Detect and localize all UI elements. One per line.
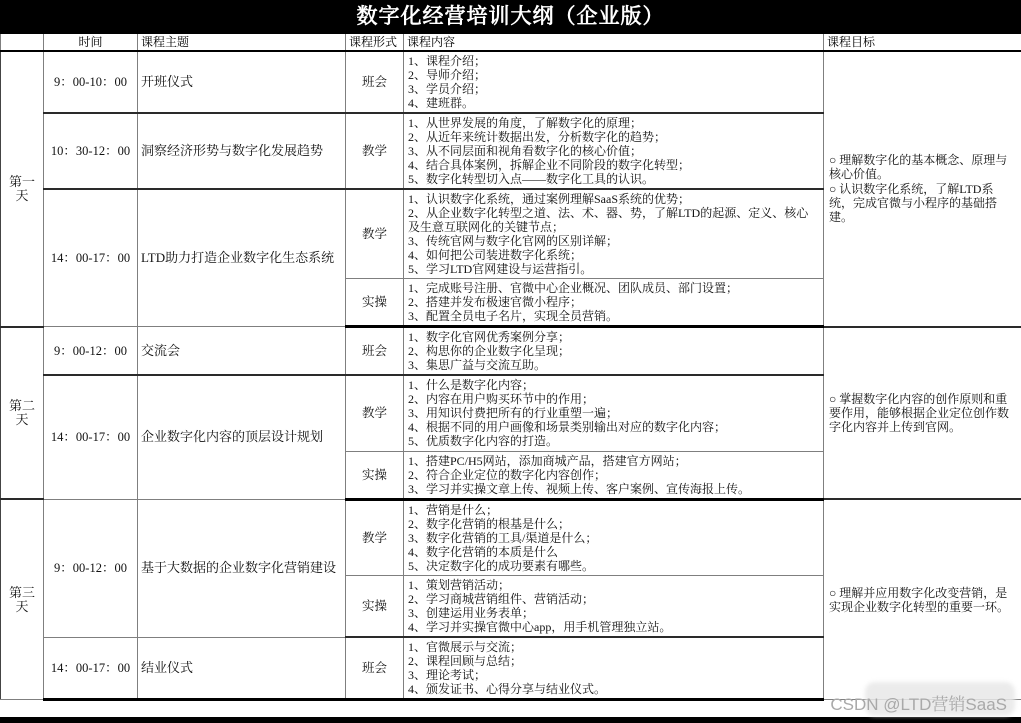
content-line: 1、课程介绍； [408, 54, 819, 68]
course-content-cell: 1、数字化官网优秀案例分享；2、构思你的企业数字化呈现；3、集思广益与交流互助。 [404, 327, 824, 376]
column-header-day [1, 33, 44, 51]
course-format-cell: 实操 [346, 279, 404, 327]
content-line: 2、内容在用户购买环节中的作用； [408, 392, 819, 406]
content-line: 3、理论考试； [408, 668, 819, 682]
course-goal-cell: ○ 理解并应用数字化改变营销，是实现企业数字化转型的重要一环。 [824, 499, 1021, 700]
training-outline-page: 数字化经营培训大纲（企业版） 时间 课程主题 课程形式 课程内容 课程目标 第一… [0, 0, 1021, 723]
goal-item: ○ 理解数字化的基本概念、原理与核心价值。 [829, 153, 1016, 181]
content-line: 1、从世界发展的角度，了解数字化的原理； [408, 116, 819, 130]
session-topic-cell: 企业数字化内容的顶层设计规划 [138, 375, 346, 499]
course-format-cell: 班会 [346, 327, 404, 376]
session-time-cell: 9：00-12：00 [44, 499, 138, 637]
course-content-cell: 1、策划营销活动；2、学习商城营销组件、营销活动；3、创建运用业务表单；4、学习… [404, 575, 824, 637]
content-line: 4、结合具体案例，拆解企业不同阶段的数字化转型； [408, 158, 819, 172]
session-topic-cell: 基于大数据的企业数字化营销建设 [138, 499, 346, 637]
content-line: 1、数字化官网优秀案例分享； [408, 330, 819, 344]
course-format-cell: 班会 [346, 51, 404, 113]
content-line: 1、营销是什么； [408, 503, 819, 517]
content-line: 3、传统官网与数字化官网的区别详解； [408, 234, 819, 248]
course-content-cell: 1、认识数字化系统，通过案例理解SaaS系统的优势；2、从企业数字化转型之道、法… [404, 189, 824, 279]
goal-item: ○ 认识数字化系统，了解LTD系统，完成官微与小程序的基础搭建。 [829, 182, 1016, 224]
content-line: 4、建班群。 [408, 96, 819, 110]
content-line: 3、创建运用业务表单； [408, 606, 819, 620]
content-line: 1、完成账号注册、官微中心企业概况、团队成员、部门设置； [408, 281, 819, 295]
watermark-text: CSDN @LTD营销SaaS [830, 695, 1007, 714]
content-line: 1、策划营销活动； [408, 578, 819, 592]
content-line: 4、学习并实操官微中心app，用手机管理独立站。 [408, 620, 819, 634]
course-goal-cell: ○ 理解数字化的基本概念、原理与核心价值。○ 认识数字化系统，了解LTD系统，完… [824, 51, 1021, 327]
course-content-cell: 1、营销是什么；2、数字化营销的根基是什么；3、数字化营销的工具/渠道是什么；4… [404, 499, 824, 575]
content-line: 5、学习LTD官网建设与运营指引。 [408, 262, 819, 276]
table-row: 第二天9：00-12：00交流会班会1、数字化官网优秀案例分享；2、构思你的企业… [1, 327, 1021, 376]
goal-item: ○ 理解并应用数字化改变营销，是实现企业数字化转型的重要一环。 [829, 586, 1016, 614]
course-content-cell: 1、搭建PC/H5网站，添加商城产品，搭建官方网站；2、符合企业定位的数字化内容… [404, 451, 824, 499]
content-line: 3、用知识付费把所有的行业重塑一遍； [408, 406, 819, 420]
course-format-cell: 班会 [346, 637, 404, 700]
content-line: 3、集思广益与交流互助。 [408, 358, 819, 372]
session-time-cell: 9：00-12：00 [44, 327, 138, 376]
content-line: 4、如何把公司装进数字化系统； [408, 248, 819, 262]
course-format-cell: 教学 [346, 375, 404, 451]
course-format-cell: 教学 [346, 499, 404, 575]
column-header-topic: 课程主题 [138, 33, 346, 51]
content-line: 1、官微展示与交流； [408, 640, 819, 654]
content-line: 2、数字化营销的根基是什么； [408, 517, 819, 531]
content-line: 2、学习商城营销组件、营销活动； [408, 592, 819, 606]
course-format-cell: 教学 [346, 113, 404, 189]
session-topic-cell: 结业仪式 [138, 637, 346, 700]
content-line: 3、学习并实操文章上传、视频上传、客户案例、宣传海报上传。 [408, 482, 819, 496]
content-line: 3、从不同层面和视角看数字化的核心价值； [408, 144, 819, 158]
day-label-cell: 第一天 [1, 51, 44, 327]
content-line: 4、颁发证书、心得分享与结业仪式。 [408, 682, 819, 696]
course-content-cell: 1、从世界发展的角度，了解数字化的原理；2、从近年来统计数据出发，分析数字化的趋… [404, 113, 824, 189]
page-title: 数字化经营培训大纲（企业版） [0, 0, 1021, 32]
content-line: 3、数字化营销的工具/渠道是什么； [408, 531, 819, 545]
curriculum-table-body: 时间 课程主题 课程形式 课程内容 课程目标 第一天9：00-10：00开班仪式… [1, 33, 1021, 700]
content-line: 2、导师介绍； [408, 68, 819, 82]
session-topic-cell: 开班仪式 [138, 51, 346, 113]
course-content-cell: 1、完成账号注册、官微中心企业概况、团队成员、部门设置；2、搭建并发布极速官微小… [404, 279, 824, 327]
content-line: 4、根据不同的用户画像和场景类别输出对应的数字化内容； [408, 420, 819, 434]
content-line: 2、符合企业定位的数字化内容创作； [408, 468, 819, 482]
bottom-black-bar [0, 717, 1021, 723]
session-topic-cell: 洞察经济形势与数字化发展趋势 [138, 113, 346, 189]
course-format-cell: 实操 [346, 575, 404, 637]
course-content-cell: 1、什么是数字化内容；2、内容在用户购买环节中的作用；3、用知识付费把所有的行业… [404, 375, 824, 451]
content-line: 3、学员介绍； [408, 82, 819, 96]
session-topic-cell: LTD助力打造企业数字化生态系统 [138, 189, 346, 327]
table-header-row: 时间 课程主题 课程形式 课程内容 课程目标 [1, 33, 1021, 51]
content-line: 5、优质数字化内容的打造。 [408, 434, 819, 448]
column-header-time: 时间 [44, 33, 138, 51]
content-line: 2、课程回顾与总结； [408, 654, 819, 668]
session-time-cell: 10：30-12：00 [44, 113, 138, 189]
goal-item: ○ 掌握数字化内容的创作原则和重要作用，能够根据企业定位创作数字化内容并上传到官… [829, 392, 1016, 434]
watermark: CSDN @LTD营销SaaS [824, 688, 1013, 717]
content-line: 2、搭建并发布极速官微小程序； [408, 295, 819, 309]
content-line: 1、搭建PC/H5网站，添加商城产品，搭建官方网站； [408, 454, 819, 468]
content-line: 4、数字化营销的本质是什么 [408, 545, 819, 559]
content-line: 1、什么是数字化内容； [408, 378, 819, 392]
content-line: 1、认识数字化系统，通过案例理解SaaS系统的优势； [408, 192, 819, 206]
session-time-cell: 9：00-10：00 [44, 51, 138, 113]
curriculum-table: 时间 课程主题 课程形式 课程内容 课程目标 第一天9：00-10：00开班仪式… [0, 32, 1021, 701]
content-line: 2、构思你的企业数字化呈现； [408, 344, 819, 358]
content-line: 5、决定数字化的成功要素有哪些。 [408, 559, 819, 573]
content-line: 2、从近年来统计数据出发，分析数字化的趋势； [408, 130, 819, 144]
course-goal-cell: ○ 掌握数字化内容的创作原则和重要作用，能够根据企业定位创作数字化内容并上传到官… [824, 327, 1021, 500]
day-label-cell: 第三天 [1, 499, 44, 700]
course-format-cell: 实操 [346, 451, 404, 499]
table-row: 第一天9：00-10：00开班仪式班会1、课程介绍；2、导师介绍；3、学员介绍；… [1, 51, 1021, 113]
content-line: 3、配置全员电子名片，实现全员营销。 [408, 309, 819, 323]
day-label-cell: 第二天 [1, 327, 44, 500]
course-content-cell: 1、官微展示与交流；2、课程回顾与总结；3、理论考试；4、颁发证书、心得分享与结… [404, 637, 824, 700]
session-topic-cell: 交流会 [138, 327, 346, 376]
table-row: 第三天9：00-12：00基于大数据的企业数字化营销建设教学1、营销是什么；2、… [1, 499, 1021, 575]
content-line: 5、数字化转型切入点——数字化工具的认识。 [408, 172, 819, 186]
session-time-cell: 14：00-17：00 [44, 189, 138, 327]
column-header-goal: 课程目标 [824, 33, 1021, 51]
course-format-cell: 教学 [346, 189, 404, 279]
session-time-cell: 14：00-17：00 [44, 637, 138, 700]
column-header-format: 课程形式 [346, 33, 404, 51]
session-time-cell: 14：00-17：00 [44, 375, 138, 499]
course-content-cell: 1、课程介绍；2、导师介绍；3、学员介绍；4、建班群。 [404, 51, 824, 113]
content-line: 2、从企业数字化转型之道、法、术、器、势，了解LTD的起源、定义、核心及生意互联… [408, 206, 819, 234]
column-header-content: 课程内容 [404, 33, 824, 51]
